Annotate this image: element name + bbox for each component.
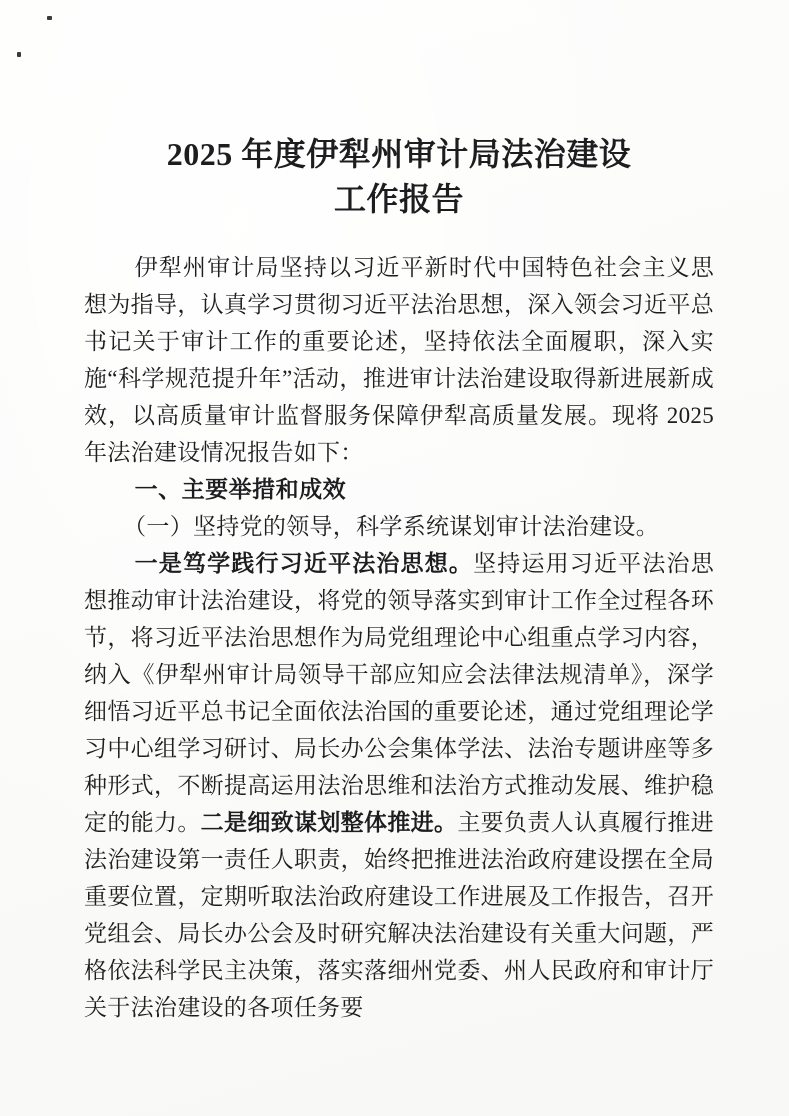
scan-artifact-dot	[17, 52, 21, 57]
subsection-heading-1-1: （一）坚持党的领导，科学系统谋划审计法治建设。	[84, 508, 714, 545]
scan-artifact-dot	[47, 16, 52, 20]
body-paragraph: 一是笃学践行习近平法治思想。坚持运用习近平法治思想推动审计法治建设，将党的领导落…	[84, 545, 714, 1026]
section-heading-1: 一、主要举措和成效	[84, 471, 714, 508]
point-2-lead-in: 二是细致谋划整体推进。	[201, 810, 458, 835]
scanned-document-page: 2025 年度伊犁州审计局法治建设 工作报告 伊犁州审计局坚持以习近平新时代中国…	[0, 0, 789, 1116]
document-title: 2025 年度伊犁州审计局法治建设 工作报告	[84, 132, 714, 222]
intro-paragraph: 伊犁州审计局坚持以习近平新时代中国特色社会主义思想为指导，认真学习贯彻习近平法治…	[84, 249, 714, 471]
point-2-body-text: 主要负责人认真履行推进法治建设第一责任人职责，始终把推进法治政府建设摆在全局重要…	[84, 810, 714, 1020]
point-1-body-text: 坚持运用习近平法治思想推动审计法治建设，将党的领导落实到审计工作全过程各环节，将…	[84, 551, 714, 835]
point-1-lead-in: 一是笃学践行习近平法治思想。	[135, 551, 474, 576]
title-line-1: 2025 年度伊犁州审计局法治建设	[84, 132, 714, 177]
title-line-2: 工作报告	[84, 177, 714, 222]
document-content: 2025 年度伊犁州审计局法治建设 工作报告 伊犁州审计局坚持以习近平新时代中国…	[84, 132, 714, 1026]
